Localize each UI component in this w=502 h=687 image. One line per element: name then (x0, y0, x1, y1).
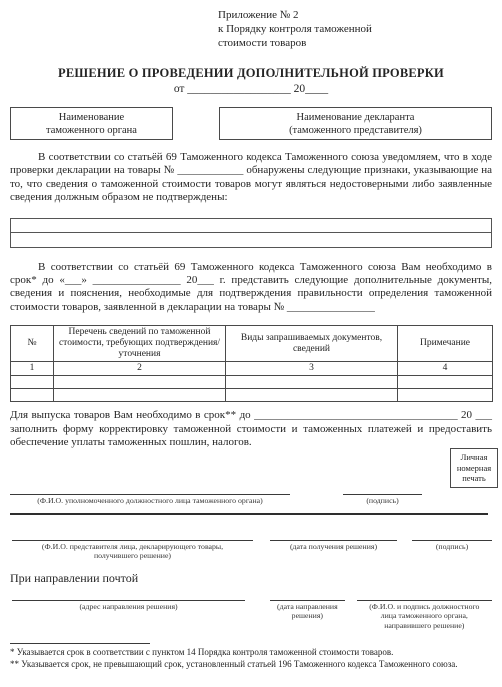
table-empty-row (11, 389, 493, 402)
table-empty-cell (398, 376, 493, 389)
table-empty-cell (226, 376, 398, 389)
table-empty-cell (54, 389, 226, 402)
official-fio-group: (Ф.И.О. уполномоченного должностного лиц… (10, 494, 290, 506)
mail-section-heading: При направлении почтой (10, 571, 492, 586)
documents-table: № Перечень сведений по таможенной стоимо… (10, 325, 493, 402)
appendix-note-line: к Порядку контроля таможенной (218, 22, 492, 36)
representative-fio-label: (Ф.И.О. представителя лица, декларирующе… (12, 542, 253, 561)
appendix-note-line: Приложение № 2 (218, 8, 492, 22)
representative-fio-line (12, 540, 253, 541)
mail-official-group: (Ф.И.О. и подпись должностного лица тамо… (357, 600, 492, 631)
official-sign-group: (подпись) (343, 494, 422, 506)
representative-sign-line (412, 540, 492, 541)
mail-date-line (270, 600, 344, 601)
table-header-docs: Виды запрашиваемых документов, сведений (226, 326, 398, 362)
representative-fio-group: (Ф.И.О. представителя лица, декларирующе… (12, 540, 253, 561)
receive-date-group: (дата получения решения) (270, 540, 397, 552)
signs-fill-row (11, 219, 491, 233)
name-boxes-row: Наименование таможенного органа Наименов… (10, 107, 492, 140)
official-fio-label: (Ф.И.О. уполномоченного должностного лиц… (10, 496, 290, 506)
signs-fill-row (11, 233, 491, 247)
table-header-row: № Перечень сведений по таможенной стоимо… (11, 326, 493, 362)
signs-fill-box (10, 218, 492, 248)
date-line: от __________________ 20____ (10, 83, 492, 95)
official-sign-label: (подпись) (343, 496, 422, 506)
table-number-row: 1 2 3 4 (11, 362, 493, 376)
mail-address-line (12, 600, 245, 601)
official-sign-line (343, 494, 422, 495)
representative-signature-row: (Ф.И.О. представителя лица, декларирующе… (10, 540, 492, 561)
document-title: РЕШЕНИЕ О ПРОВЕДЕНИИ ДОПОЛНИТЕЛЬНОЙ ПРОВ… (10, 66, 492, 81)
customs-authority-box: Наименование таможенного органа (10, 107, 173, 140)
release-paragraph: Для выпуска товаров Вам необходимо в сро… (10, 409, 492, 449)
appendix-note: Приложение № 2 к Порядку контроля таможе… (218, 8, 492, 50)
representative-sign-label: (подпись) (412, 542, 492, 552)
table-number-cell: 4 (398, 362, 493, 376)
receive-date-label: (дата получения решения) (270, 542, 397, 552)
mail-address-group: (адрес направления решения) (12, 600, 245, 612)
table-empty-cell (11, 376, 54, 389)
footnotes: * Указывается срок в соответствии с пунк… (10, 647, 492, 670)
request-paragraph: В соответствии со статьёй 69 Таможенного… (10, 261, 492, 315)
mail-address-label: (адрес направления решения) (12, 602, 245, 612)
mail-official-line (357, 600, 492, 601)
personal-seal-box: Личная номерная печать (450, 448, 498, 488)
receive-date-line (270, 540, 397, 541)
declarant-box: Наименование декларанта (таможенного пре… (219, 107, 492, 140)
footnote-divider (10, 643, 150, 644)
section-divider (10, 513, 488, 515)
mail-signature-row: (адрес направления решения) (дата направ… (10, 600, 492, 631)
mail-date-label: (дата направления решения) (270, 602, 344, 621)
table-empty-cell (11, 389, 54, 402)
official-signature-row: (Ф.И.О. уполномоченного должностного лиц… (10, 494, 492, 506)
table-header-note: Примечание (398, 326, 493, 362)
table-empty-cell (226, 389, 398, 402)
table-number-cell: 3 (226, 362, 398, 376)
table-header-number: № (11, 326, 54, 362)
table-empty-cell (398, 389, 493, 402)
footnote-2: ** Указывается срок, не превышающий срок… (10, 659, 492, 671)
document-page: Приложение № 2 к Порядку контроля таможе… (0, 0, 502, 687)
notification-paragraph: В соответствии со статьёй 69 Таможенного… (10, 151, 492, 205)
table-header-info: Перечень сведений по таможенной стоимост… (54, 326, 226, 362)
table-empty-row (11, 376, 493, 389)
official-fio-line (10, 494, 290, 495)
mail-date-group: (дата направления решения) (270, 600, 344, 621)
appendix-note-line: стоимости товаров (218, 36, 492, 50)
footnote-1: * Указывается срок в соответствии с пунк… (10, 647, 492, 659)
table-number-cell: 2 (54, 362, 226, 376)
table-empty-cell (54, 376, 226, 389)
mail-official-label: (Ф.И.О. и подпись должностного лица тамо… (357, 602, 492, 631)
representative-sign-group: (подпись) (412, 540, 492, 552)
table-number-cell: 1 (11, 362, 54, 376)
